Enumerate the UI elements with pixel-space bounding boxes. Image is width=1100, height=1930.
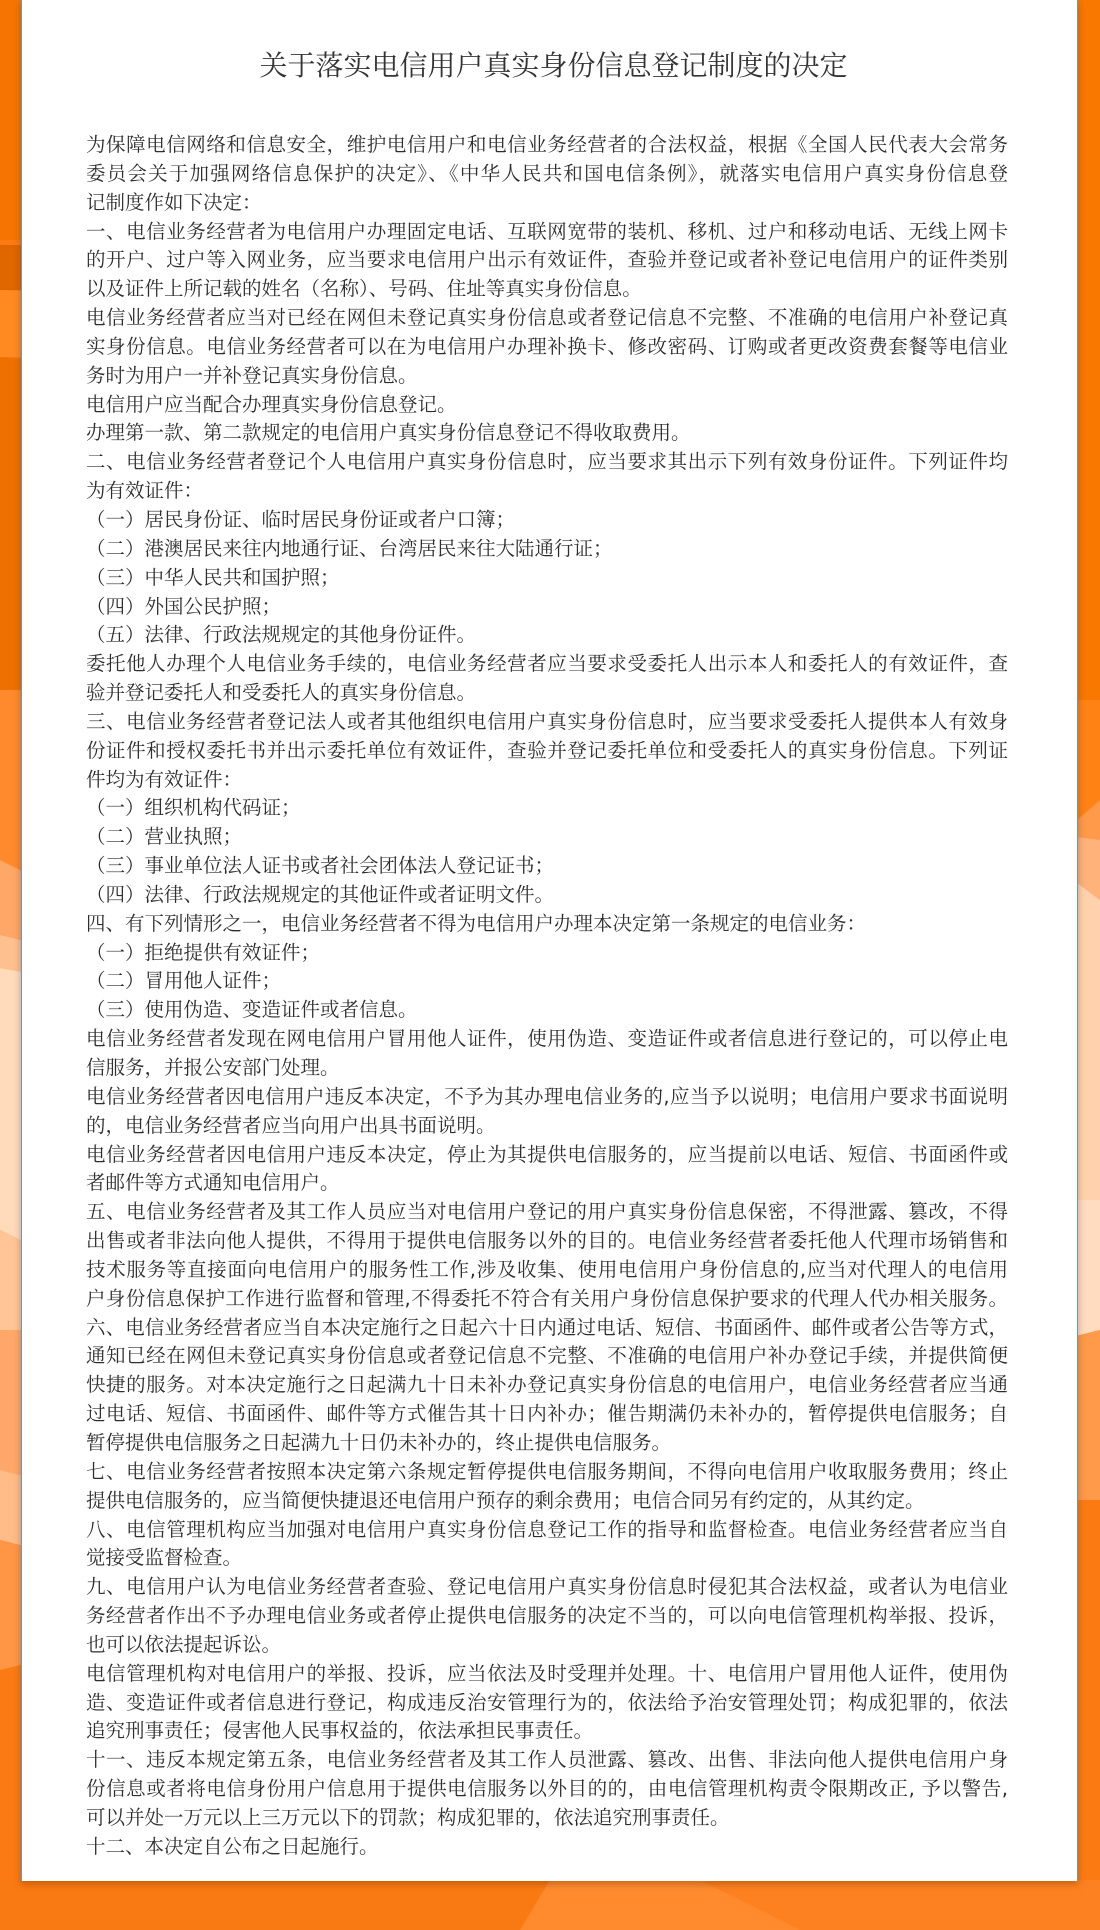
- article-5: 五、电信业务经营者及其工作人员应当对电信用户登记的用户真实身份信息保密，不得泄露…: [86, 1198, 1008, 1313]
- text-line: （一）拒绝提供有效证件；: [86, 939, 1008, 968]
- text-line: 电信用户应当配合办理真实身份信息登记。: [86, 391, 1008, 420]
- text-line: 七、电信业务经营者按照本决定第六条规定暂停提供电信服务期间，不得向电信用户收取服…: [86, 1458, 1008, 1487]
- article-3-item-4: （四）法律、行政法规规定的其他证件或者证明文件。: [86, 881, 1008, 910]
- article-4-clause-3: 电信业务经营者因电信用户违反本决定，不予为其办理电信业务的,应当予以说明；电信用…: [86, 1083, 1008, 1141]
- text-line: （三）使用伪造、变造证件或者信息。: [86, 996, 1008, 1025]
- text-line: 办理第一款、第二款规定的电信用户真实身份信息登记不得收取费用。: [86, 419, 1008, 448]
- text-line: 电信业务经营者因电信用户违反本决定，停止为其提供电信服务的，应当提前以电话、短信…: [86, 1141, 1008, 1170]
- article-4-item-3: （三）使用伪造、变造证件或者信息。: [86, 996, 1008, 1025]
- text-line: （四）外国公民护照；: [86, 593, 1008, 622]
- text-line: 务时为用户一并补登记真实身份信息。: [86, 362, 1008, 391]
- text-line: 电信业务经营者因电信用户违反本决定，不予为其办理电信业务的,应当予以说明；电信用…: [86, 1083, 1008, 1112]
- text-line: 过电话、短信、书面函件、邮件等方式催告其十日内补办；催告期满仍未补办的，暂停提供…: [86, 1400, 1008, 1429]
- article-2-item-5: （五）法律、行政法规规定的其他身份证件。: [86, 621, 1008, 650]
- text-line: 务经营者作出不予办理电信业务或者停止提供电信服务的决定不当的，可以向电信管理机构…: [86, 1602, 1008, 1631]
- text-line: 觉接受监督检查。: [86, 1544, 1008, 1573]
- text-line: 也可以依法提起诉讼。: [86, 1631, 1008, 1660]
- article-4-intro: 四、有下列情形之一，电信业务经营者不得为电信用户办理本决定第一条规定的电信业务：: [86, 910, 1008, 939]
- article-2-clause-2: 委托他人办理个人电信业务手续的，电信业务经营者应当要求受委托人出示本人和委托人的…: [86, 650, 1008, 708]
- text-line: （三）中华人民共和国护照；: [86, 564, 1008, 593]
- article-9-clause-1: 九、电信用户认为电信业务经营者查验、登记电信用户真实身份信息时侵犯其合法权益，或…: [86, 1573, 1008, 1660]
- text-line: 五、电信业务经营者及其工作人员应当对电信用户登记的用户真实身份信息保密，不得泄露…: [86, 1198, 1008, 1227]
- text-line: 四、有下列情形之一，电信业务经营者不得为电信用户办理本决定第一条规定的电信业务：: [86, 910, 1008, 939]
- text-line: 六、电信业务经营者应当自本决定施行之日起六十日内通过电话、短信、书面函件、邮件或…: [86, 1314, 1008, 1343]
- article-1-clause-1: 一、电信业务经营者为电信用户办理固定电话、互联网宽带的装机、移机、过户和移动电话…: [86, 218, 1008, 305]
- text-line: 一、电信业务经营者为电信用户办理固定电话、互联网宽带的装机、移机、过户和移动电话…: [86, 218, 1008, 247]
- article-4-item-2: （二）冒用他人证件；: [86, 967, 1008, 996]
- text-line: 验并登记委托人和受委托人的真实身份信息。: [86, 679, 1008, 708]
- text-line: 电信管理机构对电信用户的举报、投诉，应当依法及时受理并处理。十、电信用户冒用他人…: [86, 1660, 1008, 1689]
- text-line: 记制度作如下决定：: [86, 189, 1008, 218]
- article-3-item-3: （三）事业单位法人证书或者社会团体法人登记证书；: [86, 852, 1008, 881]
- text-line: 以及证件上所记载的姓名（名称）、号码、住址等真实身份信息。: [86, 275, 1008, 304]
- text-line: 实身份信息。电信业务经营者可以在为电信用户办理补换卡、修改密码、订购或者更改资费…: [86, 333, 1008, 362]
- article-2-item-2: （二）港澳居民来往内地通行证、台湾居民来往大陆通行证；: [86, 535, 1008, 564]
- article-2-item-1: （一）居民身份证、临时居民身份证或者户口簿；: [86, 506, 1008, 535]
- article-12: 十二、本决定自公布之日起施行。: [86, 1833, 1008, 1862]
- text-line: （二）营业执照；: [86, 823, 1008, 852]
- text-line: 为有效证件：: [86, 477, 1008, 506]
- text-line: 快捷的服务。对本决定施行之日起满九十日未补办登记真实身份信息的电信用户，电信业务…: [86, 1371, 1008, 1400]
- text-line: 技术服务等直接面向电信用户的服务性工作,涉及收集、使用电信用户身份信息的,应当对…: [86, 1256, 1008, 1285]
- text-line: 追究刑事责任；侵害他人民事权益的，依法承担民事责任。: [86, 1717, 1008, 1746]
- article-9-clause-2-and-article-10: 电信管理机构对电信用户的举报、投诉，应当依法及时受理并处理。十、电信用户冒用他人…: [86, 1660, 1008, 1747]
- text-line: 造、变造证件或者信息进行登记，构成违反治安管理行为的，依法给予治安管理处罚；构成…: [86, 1689, 1008, 1718]
- article-1-clause-2: 电信业务经营者应当对已经在网但未登记真实身份信息或者登记信息不完整、不准确的电信…: [86, 304, 1008, 391]
- text-line: 户身份信息保护工作进行监督和管理,不得委托不符合有关用户身份信息保护要求的代理人…: [86, 1285, 1008, 1314]
- article-4-clause-4: 电信业务经营者因电信用户违反本决定，停止为其提供电信服务的，应当提前以电话、短信…: [86, 1141, 1008, 1199]
- article-4-clause-2: 电信业务经营者发现在网电信用户冒用他人证件，使用伪造、变造证件或者信息进行登记的…: [86, 1025, 1008, 1083]
- text-line: （一）居民身份证、临时居民身份证或者户口簿；: [86, 506, 1008, 535]
- text-line: 二、电信业务经营者登记个人电信用户真实身份信息时，应当要求其出示下列有效身份证件…: [86, 448, 1008, 477]
- text-line: 三、电信业务经营者登记法人或者其他组织电信用户真实身份信息时，应当要求受委托人提…: [86, 708, 1008, 737]
- text-line: 暂停提供电信服务之日起满九十日仍未补办的，终止提供电信服务。: [86, 1429, 1008, 1458]
- article-6: 六、电信业务经营者应当自本决定施行之日起六十日内通过电话、短信、书面函件、邮件或…: [86, 1314, 1008, 1458]
- text-line: （四）法律、行政法规规定的其他证件或者证明文件。: [86, 881, 1008, 910]
- text-line: 十二、本决定自公布之日起施行。: [86, 1833, 1008, 1862]
- text-line: 份证件和授权委托书并出示委托单位有效证件，查验并登记委托单位和受委托人的真实身份…: [86, 737, 1008, 766]
- text-line: （二）冒用他人证件；: [86, 967, 1008, 996]
- text-line: 者邮件等方式通知电信用户。: [86, 1169, 1008, 1198]
- text-line: （三）事业单位法人证书或者社会团体法人登记证书；: [86, 852, 1008, 881]
- document-panel: 关于落实电信用户真实身份信息登记制度的决定 为保障电信网络和信息安全，维护电信用…: [21, 0, 1078, 1881]
- text-line: 份信息或者将电信身份用户信息用于提供电信服务以外目的的，由电信管理机构责令限期改…: [86, 1775, 1008, 1804]
- document-title: 关于落实电信用户真实身份信息登记制度的决定: [22, 50, 1077, 82]
- article-1-clause-4: 办理第一款、第二款规定的电信用户真实身份信息登记不得收取费用。: [86, 419, 1008, 448]
- text-line: 八、电信管理机构应当加强对电信用户真实身份信息登记工作的指导和监督检查。电信业务…: [86, 1516, 1008, 1545]
- article-1-clause-3: 电信用户应当配合办理真实身份信息登记。: [86, 391, 1008, 420]
- text-line: 出售或者非法向他人提供，不得用于提供电信服务以外的目的。电信业务经营者委托他人代…: [86, 1227, 1008, 1256]
- text-line: 委员会关于加强网络信息保护的决定》、《中华人民共和国电信条例》，就落实电信用户真…: [86, 160, 1008, 189]
- text-line: 十一、违反本规定第五条，电信业务经营者及其工作人员泄露、篡改、出售、非法向他人提…: [86, 1746, 1008, 1775]
- article-8: 八、电信管理机构应当加强对电信用户真实身份信息登记工作的指导和监督检查。电信业务…: [86, 1516, 1008, 1574]
- article-2-intro: 二、电信业务经营者登记个人电信用户真实身份信息时，应当要求其出示下列有效身份证件…: [86, 448, 1008, 506]
- text-line: 的，电信业务经营者应当向用户出具书面说明。: [86, 1112, 1008, 1141]
- text-line: 提供电信服务的，应当简便快捷退还电信用户预存的剩余费用；电信合同另有约定的，从其…: [86, 1487, 1008, 1516]
- article-4-item-1: （一）拒绝提供有效证件；: [86, 939, 1008, 968]
- article-3-item-2: （二）营业执照；: [86, 823, 1008, 852]
- article-2-item-3: （三）中华人民共和国护照；: [86, 564, 1008, 593]
- preamble-paragraph: 为保障电信网络和信息安全，维护电信用户和电信业务经营者的合法权益，根据《全国人民…: [86, 131, 1008, 218]
- text-line: （二）港澳居民来往内地通行证、台湾居民来往大陆通行证；: [86, 535, 1008, 564]
- document-body: 为保障电信网络和信息安全，维护电信用户和电信业务经营者的合法权益，根据《全国人民…: [86, 131, 1008, 1862]
- text-line: 件均为有效证件：: [86, 766, 1008, 795]
- text-line: 电信业务经营者发现在网电信用户冒用他人证件，使用伪造、变造证件或者信息进行登记的…: [86, 1025, 1008, 1054]
- text-line: 为保障电信网络和信息安全，维护电信用户和电信业务经营者的合法权益，根据《全国人民…: [86, 131, 1008, 160]
- article-11: 十一、违反本规定第五条，电信业务经营者及其工作人员泄露、篡改、出售、非法向他人提…: [86, 1746, 1008, 1833]
- text-line: 通知已经在网但未登记真实身份信息或者登记信息不完整、不准确的电信用户补办登记手续…: [86, 1342, 1008, 1371]
- text-line: 可以并处一万元以上三万元以下的罚款；构成犯罪的，依法追究刑事责任。: [86, 1804, 1008, 1833]
- article-3-item-1: （一）组织机构代码证；: [86, 794, 1008, 823]
- text-line: （五）法律、行政法规规定的其他身份证件。: [86, 621, 1008, 650]
- text-line: 电信业务经营者应当对已经在网但未登记真实身份信息或者登记信息不完整、不准确的电信…: [86, 304, 1008, 333]
- text-line: 的开户、过户等入网业务，应当要求电信用户出示有效证件，查验并登记或者补登记电信用…: [86, 246, 1008, 275]
- article-7: 七、电信业务经营者按照本决定第六条规定暂停提供电信服务期间，不得向电信用户收取服…: [86, 1458, 1008, 1516]
- text-line: 委托他人办理个人电信业务手续的，电信业务经营者应当要求受委托人出示本人和委托人的…: [86, 650, 1008, 679]
- text-line: 九、电信用户认为电信业务经营者查验、登记电信用户真实身份信息时侵犯其合法权益，或…: [86, 1573, 1008, 1602]
- text-line: 信服务，并报公安部门处理。: [86, 1054, 1008, 1083]
- article-3-intro: 三、电信业务经营者登记法人或者其他组织电信用户真实身份信息时，应当要求受委托人提…: [86, 708, 1008, 795]
- text-line: （一）组织机构代码证；: [86, 794, 1008, 823]
- article-2-item-4: （四）外国公民护照；: [86, 593, 1008, 622]
